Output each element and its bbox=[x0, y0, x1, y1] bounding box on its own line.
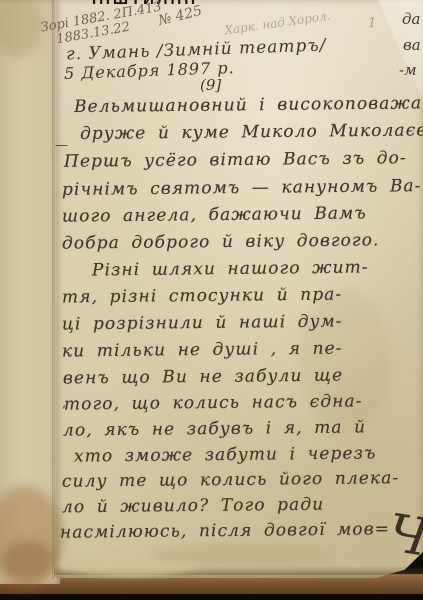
margin-dash-mark: — bbox=[55, 138, 68, 153]
body-line: ці розрізнили й наші дум- bbox=[62, 312, 343, 335]
manuscript-scan: ІПШТИЛПН Зорі 1882. 2П.413 1883.13.22 № … bbox=[0, 0, 423, 600]
body-line: Першъ усёго вітаю Васъ зъ до- bbox=[64, 148, 407, 172]
page-fold-line bbox=[52, 0, 57, 580]
pencil-faint-digit: 1 bbox=[368, 16, 376, 31]
body-line: силу те що колись його плека- bbox=[62, 468, 400, 492]
body-line: Вельмишановний і високоповажаний bbox=[74, 93, 423, 117]
body-line: того, що колись насъ єдна- bbox=[64, 391, 363, 414]
body-line: ло й живило? Того ради bbox=[62, 495, 324, 518]
body-line: річнімъ святомъ — кануномъ Ва- bbox=[62, 176, 422, 200]
body-line: друже й куме Миколо Миколаєвичу! bbox=[80, 120, 423, 144]
body-line: ло, якъ не забувъ і я, та й bbox=[63, 417, 366, 440]
body-line: добра доброго й віку довгого. bbox=[62, 230, 380, 253]
shade-bottom-center bbox=[150, 545, 330, 565]
body-line: ки тільки не душі , я пе- bbox=[62, 339, 343, 362]
page-number-mark: (9] bbox=[200, 76, 221, 94]
neighbor-fragment-word-1: да bbox=[402, 10, 420, 28]
neighbor-fragment-word-2: ва bbox=[403, 36, 421, 54]
body-line: насмілююсь, після довгої мов= bbox=[60, 519, 390, 542]
body-line: хто зможе забути і черезъ bbox=[74, 443, 377, 466]
body-line: тя, різні стосунки й пра- bbox=[62, 285, 343, 308]
body-line: венъ що Ви не забули ще bbox=[63, 366, 343, 389]
neighbor-fragment-word-3: -м bbox=[399, 61, 417, 79]
body-line: шого ангела, бажаючи Вамъ bbox=[62, 203, 367, 226]
stain-bottom-left-small bbox=[2, 540, 54, 582]
body-line: Різні шляхи нашого жит- bbox=[92, 258, 369, 281]
